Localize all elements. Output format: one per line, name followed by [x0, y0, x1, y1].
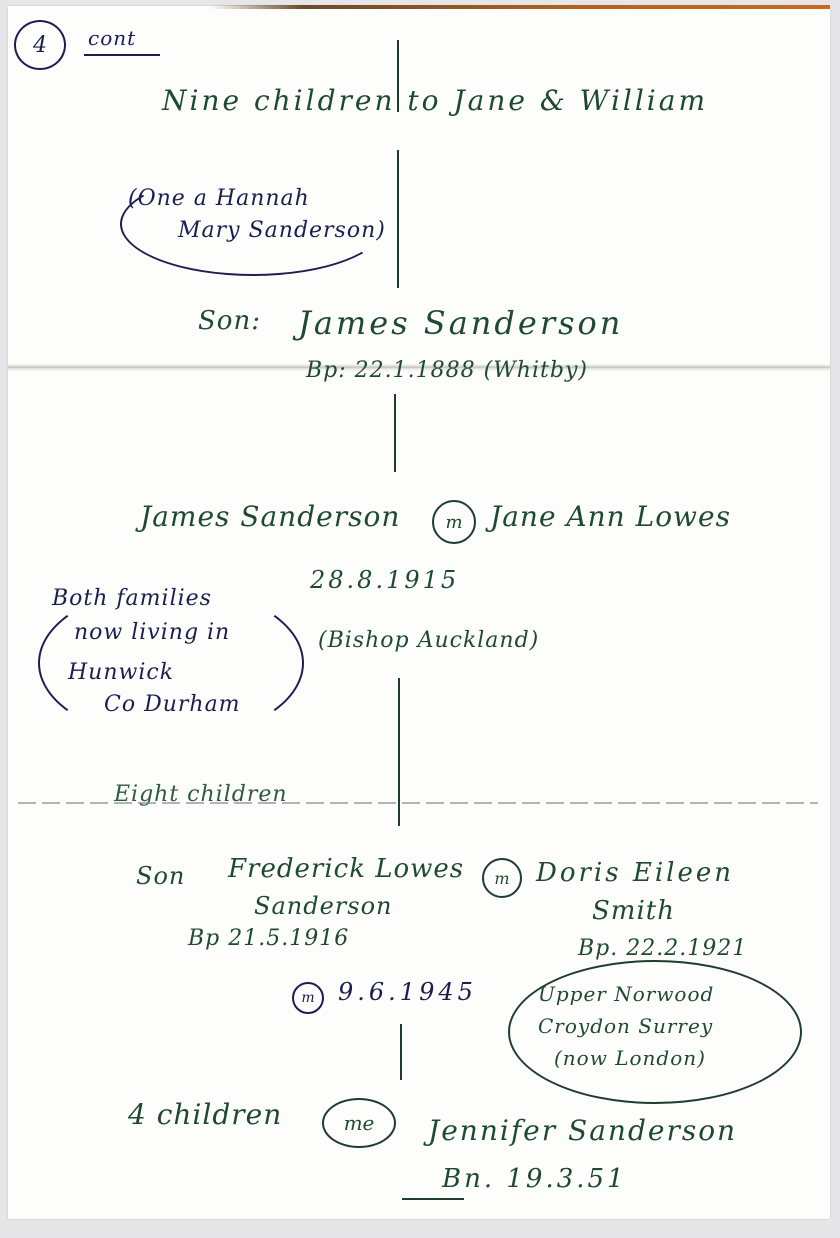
tree-connector: [394, 394, 396, 472]
page-number: 4: [33, 33, 47, 58]
me-label: me: [344, 1111, 375, 1135]
spouse-name-line1: Doris Eileen: [536, 858, 734, 888]
note-line: Co Durham: [104, 692, 241, 717]
son-baptism: Bp: 22.1.1888 (Whitby): [306, 358, 588, 383]
place-line: (now London): [554, 1046, 706, 1070]
hannah-note: (One a Hannah Mary Sanderson): [120, 182, 390, 278]
marriage-date: 9.6.1945: [338, 978, 477, 1006]
son-name-line1: Frederick Lowes: [228, 854, 464, 884]
heading-underline: [84, 54, 160, 56]
self-name: Jennifer Sanderson: [428, 1114, 737, 1147]
paper-fold: [18, 802, 818, 804]
son-label: Son: [136, 862, 185, 890]
marriage-place-note: Upper Norwood Croydon Surrey (now London…: [508, 956, 808, 1106]
son-name: James Sanderson: [298, 304, 623, 342]
families-note: Both families now living in Hunwick Co D…: [38, 586, 298, 746]
marriage-symbol-text: m: [445, 512, 462, 533]
marriage-date: 28.8.1915: [310, 566, 459, 594]
marriage-symbol-text: m: [301, 990, 314, 1006]
note-line: Hunwick: [68, 660, 174, 685]
four-children-line: 4 children: [128, 1098, 282, 1131]
son-name-line2: Sanderson: [254, 892, 392, 920]
tree-connector: [397, 150, 399, 288]
note-line: now living in: [74, 620, 230, 645]
spouse-b-name: Jane Ann Lowes: [490, 500, 731, 533]
place-line: Croydon Surrey: [538, 1014, 713, 1038]
place-line: Upper Norwood: [538, 982, 714, 1006]
tree-connector: [400, 1024, 402, 1080]
paper-edge: [210, 5, 830, 9]
nine-children-line: Nine children to Jane & William: [162, 84, 708, 117]
spouse-name-line2: Smith: [592, 896, 675, 926]
marriage-symbol: m: [432, 500, 476, 544]
spouse-a-name: James Sanderson: [140, 500, 400, 533]
note-line: Mary Sanderson): [178, 218, 386, 243]
son-baptism: Bp 21.5.1916: [188, 926, 349, 951]
tree-terminator: [402, 1198, 464, 1200]
note-line: Both families: [52, 586, 212, 611]
page-number-circle: 4: [14, 20, 66, 70]
document-page: 4 cont Nine children to Jane & William (…: [8, 6, 830, 1219]
marriage-symbol: m: [482, 858, 522, 898]
son-label: Son:: [198, 306, 261, 336]
page-heading: cont: [88, 26, 136, 50]
marriage-symbol-text: m: [494, 869, 509, 888]
marriage-place: (Bishop Auckland): [318, 628, 539, 653]
marriage-symbol: m: [292, 982, 324, 1014]
self-birth: Bn. 19.3.51: [442, 1164, 627, 1194]
note-line: (One a Hannah: [128, 186, 310, 211]
me-marker: me: [322, 1098, 396, 1148]
